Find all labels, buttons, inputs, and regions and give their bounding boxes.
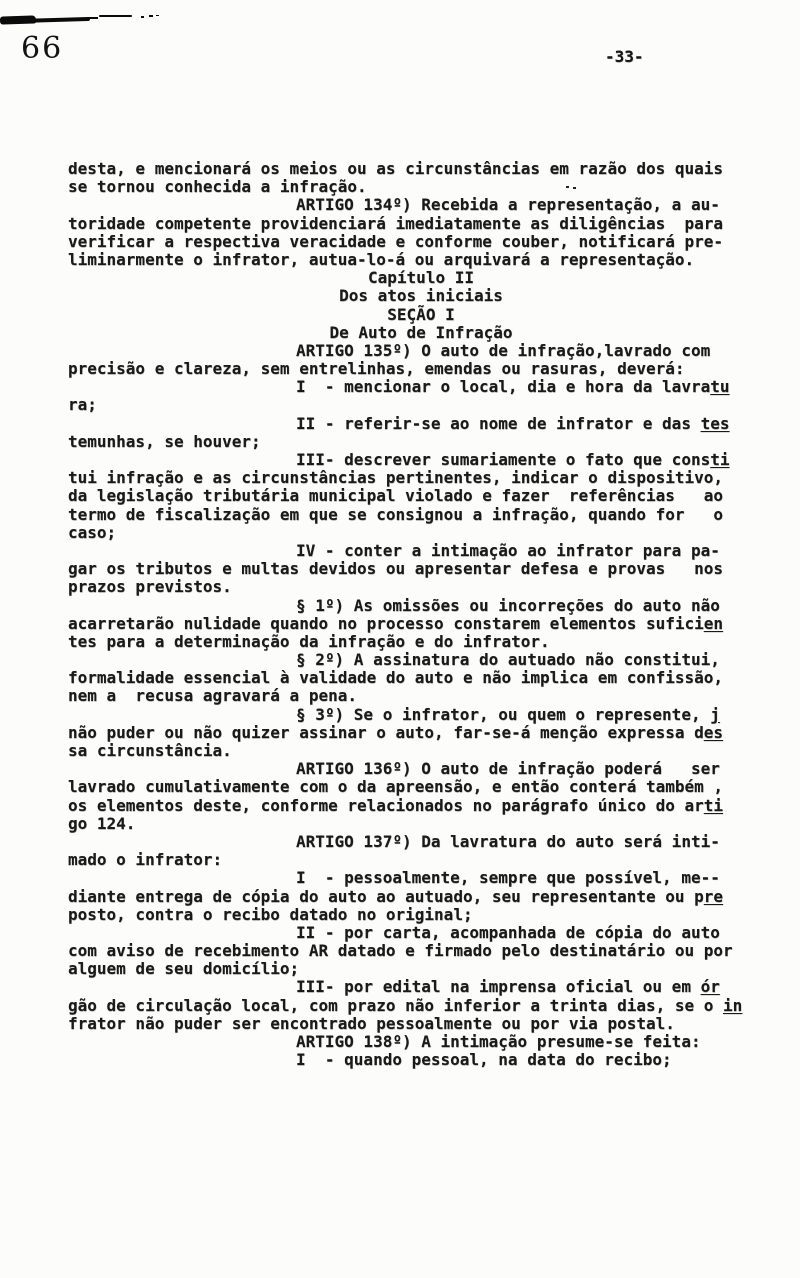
text-line: ARTIGO 136º) O auto de infração poderá s… — [68, 760, 750, 778]
ink-smudge — [149, 15, 153, 17]
text-line: Dos atos iniciais — [68, 287, 750, 305]
text-line: lavrado cumulativamente com o da apreens… — [68, 778, 750, 796]
hyphen-carry-underline: ti — [710, 450, 729, 469]
hyphen-carry-underline: in — [723, 996, 742, 1015]
hyphen-carry-underline: tes — [701, 414, 730, 433]
ink-smudge — [88, 17, 98, 19]
text-line: ra; — [68, 396, 750, 414]
text-line: toridade competente providenciará imedia… — [68, 215, 750, 233]
text-line: I - quando pessoal, na data do recibo; — [68, 1051, 750, 1069]
text-line: se tornou conhecida a infração. — [68, 178, 750, 196]
text-line: § 1º) As omissões ou incorreções do auto… — [68, 597, 750, 615]
text-line: verificar a respectiva veracidade e conf… — [68, 233, 750, 251]
text-line: III- descrever sumariamente o fato que c… — [68, 451, 750, 469]
text-line: diante entrega de cópia do auto ao autua… — [68, 888, 750, 906]
text-line: liminarmente o infrator, autua-lo-á ou a… — [68, 251, 750, 269]
text-line: da legislação tributária municipal viola… — [68, 487, 750, 505]
hyphen-carry-underline: es — [704, 723, 723, 742]
text-line: precisão e clareza, sem entrelinhas, eme… — [68, 360, 750, 378]
ink-smudge — [18, 17, 90, 23]
ink-smudge — [99, 15, 132, 17]
text-line: ARTIGO 137º) Da lavratura do auto será i… — [68, 833, 750, 851]
text-line: III- por edital na imprensa oficial ou e… — [68, 978, 750, 996]
hyphen-carry-underline: tu — [710, 377, 729, 396]
text-line: § 3º) Se o infrator, ou quem o represent… — [68, 706, 750, 724]
text-line: prazos previstos. — [68, 578, 750, 596]
text-line: formalidade essencial à validade do auto… — [68, 669, 750, 687]
text-line: I - pessoalmente, sempre que possível, m… — [68, 869, 750, 887]
text-line: § 2º) A assinatura do autuado não consti… — [68, 651, 750, 669]
text-line: tui infração e as circunstâncias pertine… — [68, 469, 750, 487]
text-line: gão de circulação local, com prazo não i… — [68, 997, 750, 1015]
document-body: desta, e mencionará os meios ou as circu… — [68, 160, 750, 1069]
text-line: temunhas, se houver; — [68, 433, 750, 451]
text-line: go 124. — [68, 815, 750, 833]
text-line: sa circunstância. — [68, 742, 750, 760]
page-number: -33- — [605, 47, 644, 66]
text-line: alguem de seu domicílio; — [68, 960, 750, 978]
text-line: nem a recusa agravará a pena. — [68, 687, 750, 705]
hyphen-carry-underline: ór — [701, 977, 720, 996]
text-line: ARTIGO 135º) O auto de infração,lavrado … — [68, 342, 750, 360]
sheet-number-stamp: 66 — [21, 34, 63, 64]
hyphen-carry-underline: j — [710, 705, 720, 724]
text-line: os elementos deste, conforme relacionado… — [68, 797, 750, 815]
ink-smudge — [156, 15, 159, 17]
hyphen-carry-underline: en — [704, 614, 723, 633]
text-line: com aviso de recebimento AR datado e fir… — [68, 942, 750, 960]
text-line: acarretarão nulidade quando no processo … — [68, 615, 750, 633]
text-line: ARTIGO 134º) Recebida a representação, a… — [68, 196, 750, 214]
text-line: I - mencionar o local, dia e hora da lav… — [68, 378, 750, 396]
scanned-document-page: 66 -33- desta, e mencionará os meios ou … — [0, 0, 800, 1278]
ink-smudge — [141, 16, 144, 18]
text-line: frator não puder ser encontrado pessoalm… — [68, 1015, 750, 1033]
text-line: termo de fiscalização em que se consigno… — [68, 506, 750, 524]
text-line: SEÇÃO I — [68, 306, 750, 324]
text-line: Capítulo II — [68, 269, 750, 287]
hyphen-carry-underline: re — [704, 887, 723, 906]
text-line: gar os tributos e multas devidos ou apre… — [68, 560, 750, 578]
text-line: II - referir-se ao nome de infrator e da… — [68, 415, 750, 433]
text-line: De Auto de Infração — [68, 324, 750, 342]
text-line: II - por carta, acompanhada de cópia do … — [68, 924, 750, 942]
text-line: IV - conter a intimação ao infrator para… — [68, 542, 750, 560]
text-line: não puder ou não quizer assinar o auto, … — [68, 724, 750, 742]
text-line: mado o infrator: — [68, 851, 750, 869]
hyphen-carry-underline: ti — [704, 796, 723, 815]
text-line: caso; — [68, 524, 750, 542]
text-line: ARTIGO 138º) A intimação presume-se feit… — [68, 1033, 750, 1051]
text-line: posto, contra o recibo datado no origina… — [68, 906, 750, 924]
text-line: tes para a determinação da infração e do… — [68, 633, 750, 651]
text-line: desta, e mencionará os meios ou as circu… — [68, 160, 750, 178]
